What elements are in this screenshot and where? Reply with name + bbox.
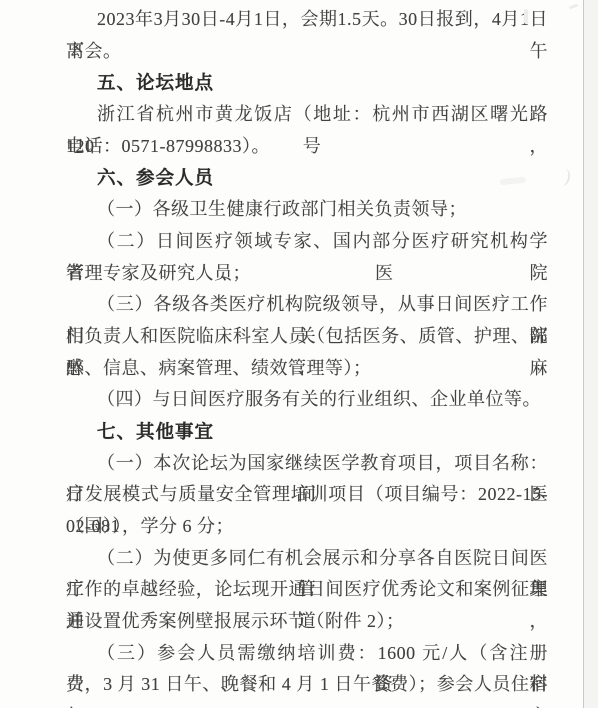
document-text-block: 2023年3月30日-4月1日，会期1.5天。30日报到，4月1日下午 离会。 … [66,0,548,701]
text-line: 费，3 月 31 日午、晚餐和 4 月 1 日午餐费）；参会人员住宿与交 [66,669,548,701]
scan-artifact [569,4,578,10]
scan-artifact [554,167,571,188]
text-line: 浙江省杭州市黄龙饭店（地址：杭州市西湖区曙光路120号， [66,99,548,131]
scan-margin-strip [584,0,598,708]
text-line: 门负责人和医院临床科室人员（包括医务、质管、护理、院感、麻 [66,321,548,353]
text-line: 工作的卓越经验，论坛现开通日间医疗优秀论文和案例征集通道， [66,574,548,606]
text-line: （四）与日间医疗服务有关的行业组织、企业单位等。 [66,384,548,416]
scanned-document-page: 2023年3月30日-4月1日，会期1.5天。30日报到，4月1日下午 离会。 … [0,0,598,708]
text-line: （一）本次论坛为国家继续医学教育项目，项目名称：日间医 [66,448,548,480]
page-edge-line [583,0,584,708]
section-heading-5-location: 五、论坛地点 [66,67,548,99]
section-heading-7-other-matters: 七、其他事宜 [66,416,548,448]
text-line: 2023年3月30日-4月1日，会期1.5天。30日报到，4月1日下午 [66,4,548,36]
text-line: 疗发展模式与质量安全管理培训项目（项目编号：2022-15-02-081 [66,479,548,511]
text-line: （一）各级卫生健康行政部门相关负责领导； [66,194,548,226]
text-line: （三）参会人员需缴纳培训费：1600 元/人（含注册费、资料 [66,638,548,670]
text-line: （国）），学分 6 分； [66,511,548,543]
text-line: （二）日间医疗领域专家、国内部分医疗研究机构学者、医院 [66,226,548,258]
text-line: （二）为使更多同仁有机会展示和分享各自医院日间医疗管理 [66,543,548,575]
text-line: （三）各级各类医疗机构院级领导，从事日间医疗工作相关部 [66,289,548,321]
section-heading-6-attendees: 六、参会人员 [66,162,548,194]
